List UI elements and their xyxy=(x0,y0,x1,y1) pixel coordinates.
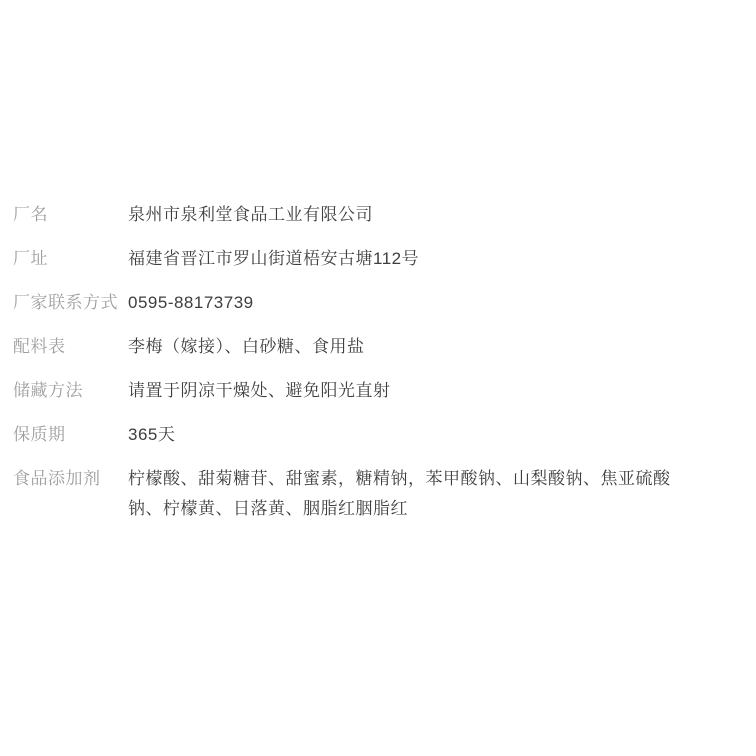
spec-row-value: 泉州市泉利堂食品工业有限公司 xyxy=(128,200,703,230)
spec-row-label: 食品添加剂 xyxy=(13,464,128,494)
spec-row-food-additives: 食品添加剂 柠檬酸、甜菊糖苷、甜蜜素，糖精钠，苯甲酸钠、山梨酸钠、焦亚硫酸钠、柠… xyxy=(13,464,713,524)
spec-row-value: 请置于阴凉干燥处、避免阳光直射 xyxy=(128,376,703,406)
spec-row-label: 厂家联系方式 xyxy=(13,288,128,318)
spec-row-manufacturer-contact: 厂家联系方式 0595-88173739 xyxy=(13,288,713,318)
spec-row-storage-method: 储藏方法 请置于阴凉干燥处、避免阳光直射 xyxy=(13,376,713,406)
spec-row-factory-name: 厂名 泉州市泉利堂食品工业有限公司 xyxy=(13,200,713,230)
spec-row-value: 福建省晋江市罗山街道梧安古塘112号 xyxy=(128,244,703,274)
spec-row-value: 365天 xyxy=(128,420,703,450)
spec-row-ingredients: 配料表 李梅（嫁接）、白砂糖、食用盐 xyxy=(13,332,713,362)
spec-row-label: 储藏方法 xyxy=(13,376,128,406)
spec-row-value: 柠檬酸、甜菊糖苷、甜蜜素，糖精钠，苯甲酸钠、山梨酸钠、焦亚硫酸钠、柠檬黄、日落黄… xyxy=(128,464,703,524)
spec-row-factory-address: 厂址 福建省晋江市罗山街道梧安古塘112号 xyxy=(13,244,713,274)
spec-row-label: 厂址 xyxy=(13,244,128,274)
spec-row-label: 配料表 xyxy=(13,332,128,362)
spec-row-label: 保质期 xyxy=(13,420,128,450)
spec-row-label: 厂名 xyxy=(13,200,128,230)
spec-row-shelf-life: 保质期 365天 xyxy=(13,420,713,450)
spec-row-value: 0595-88173739 xyxy=(128,288,703,318)
product-spec-panel: 厂名 泉州市泉利堂食品工业有限公司 厂址 福建省晋江市罗山街道梧安古塘112号 … xyxy=(13,200,713,538)
spec-row-value: 李梅（嫁接）、白砂糖、食用盐 xyxy=(128,332,703,362)
